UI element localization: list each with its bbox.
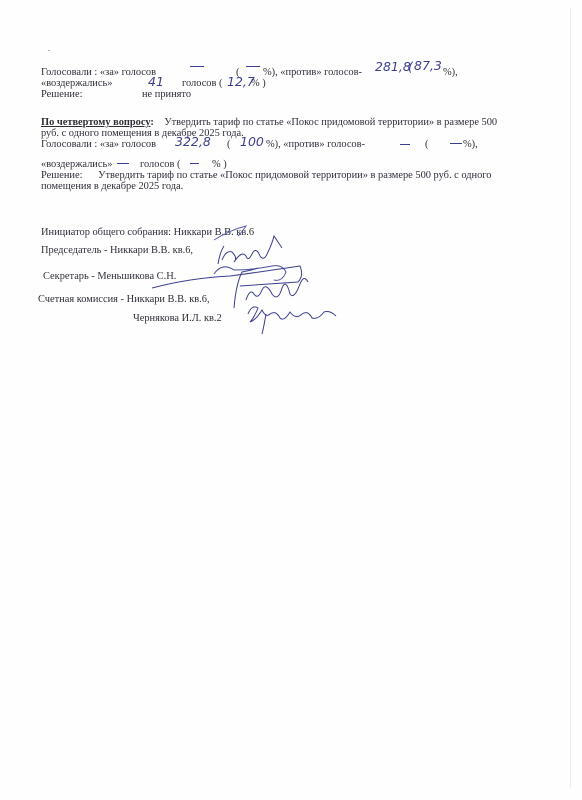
q4-abstain-suffix: % )	[212, 159, 227, 170]
q4-za-paren: (	[227, 139, 230, 150]
q4-za-value: 322,8	[175, 136, 211, 148]
q4-decision-label: Решение:	[41, 170, 83, 181]
q3-protiv-paren: (	[408, 61, 413, 73]
q3-abstain-value: 41	[148, 76, 164, 88]
q4-decision-line-2: помещения в декабре 2025 года.	[41, 181, 183, 192]
q4-abstain-dash	[117, 163, 129, 164]
q4-heading: По четвертому вопросу	[41, 117, 150, 128]
q4-text: Утвердить тариф по статье «Покос придомо…	[164, 117, 497, 128]
q4-protiv-percent-dash	[450, 143, 462, 144]
commission-signature-2	[242, 300, 342, 336]
q4-text-line-1: По четвертому вопросу: Утвердить тариф п…	[41, 117, 497, 128]
chairman-line: Председатель - Никкари В.В. кв.6,	[41, 245, 193, 256]
q3-za-percent-dash	[246, 66, 260, 67]
q3-abstain-mid: голосов (	[182, 78, 222, 89]
q4-abstain-percent-dash	[190, 163, 199, 164]
scanned-document-page: Голосовали : «за» голосов ( %), «против»…	[0, 0, 582, 800]
q3-decision-label: Решение:	[41, 89, 83, 100]
q4-abstain-label: «воздержались»	[41, 159, 112, 170]
q3-vote-line-1: Голосовали : «за» голосов	[41, 67, 156, 78]
commission-member-2-line: Чернякова И.Л. кв.2	[133, 313, 222, 324]
q3-protiv-value: 281,8	[375, 61, 411, 73]
q4-abstain-mid: голосов (	[140, 159, 180, 170]
q3-za-dash	[190, 66, 204, 67]
q4-decision-line-1: Решение: Утвердить тариф по статье «Поко…	[41, 170, 492, 181]
q4-vote-prefix: Голосовали : «за» голосов	[41, 139, 156, 150]
q4-heading-colon: :	[150, 117, 153, 128]
q4-protiv-paren: (	[425, 139, 428, 150]
commission-line: Счетная комиссия - Никкари В.В. кв.6,	[38, 294, 210, 305]
q4-za-percent: 100	[240, 136, 264, 148]
q4-protiv-dash	[400, 144, 410, 145]
q3-decision-value: не принято	[142, 89, 191, 100]
q4-vote-suffix: %),	[463, 139, 478, 150]
q3-vote-prefix: Голосовали : «за» голосов	[41, 67, 156, 78]
q4-decision-text: Утвердить тариф по статье «Покос придомо…	[98, 170, 491, 181]
scan-speck	[48, 50, 50, 51]
q3-protiv-percent: 87,3	[414, 60, 442, 72]
q4-text-line-2: руб. с одного помещения в декабре 2025 г…	[41, 128, 244, 139]
q3-vote-suffix: %),	[443, 67, 458, 78]
scan-edge-line	[570, 8, 571, 788]
q4-vote-mid: %), «против» голосов-	[266, 139, 365, 150]
q3-abstain-suffix: % )	[251, 78, 266, 89]
q3-vote-mid: %), «против» голосов-	[263, 67, 362, 78]
q3-abstain-label: «воздержались»	[41, 78, 112, 89]
